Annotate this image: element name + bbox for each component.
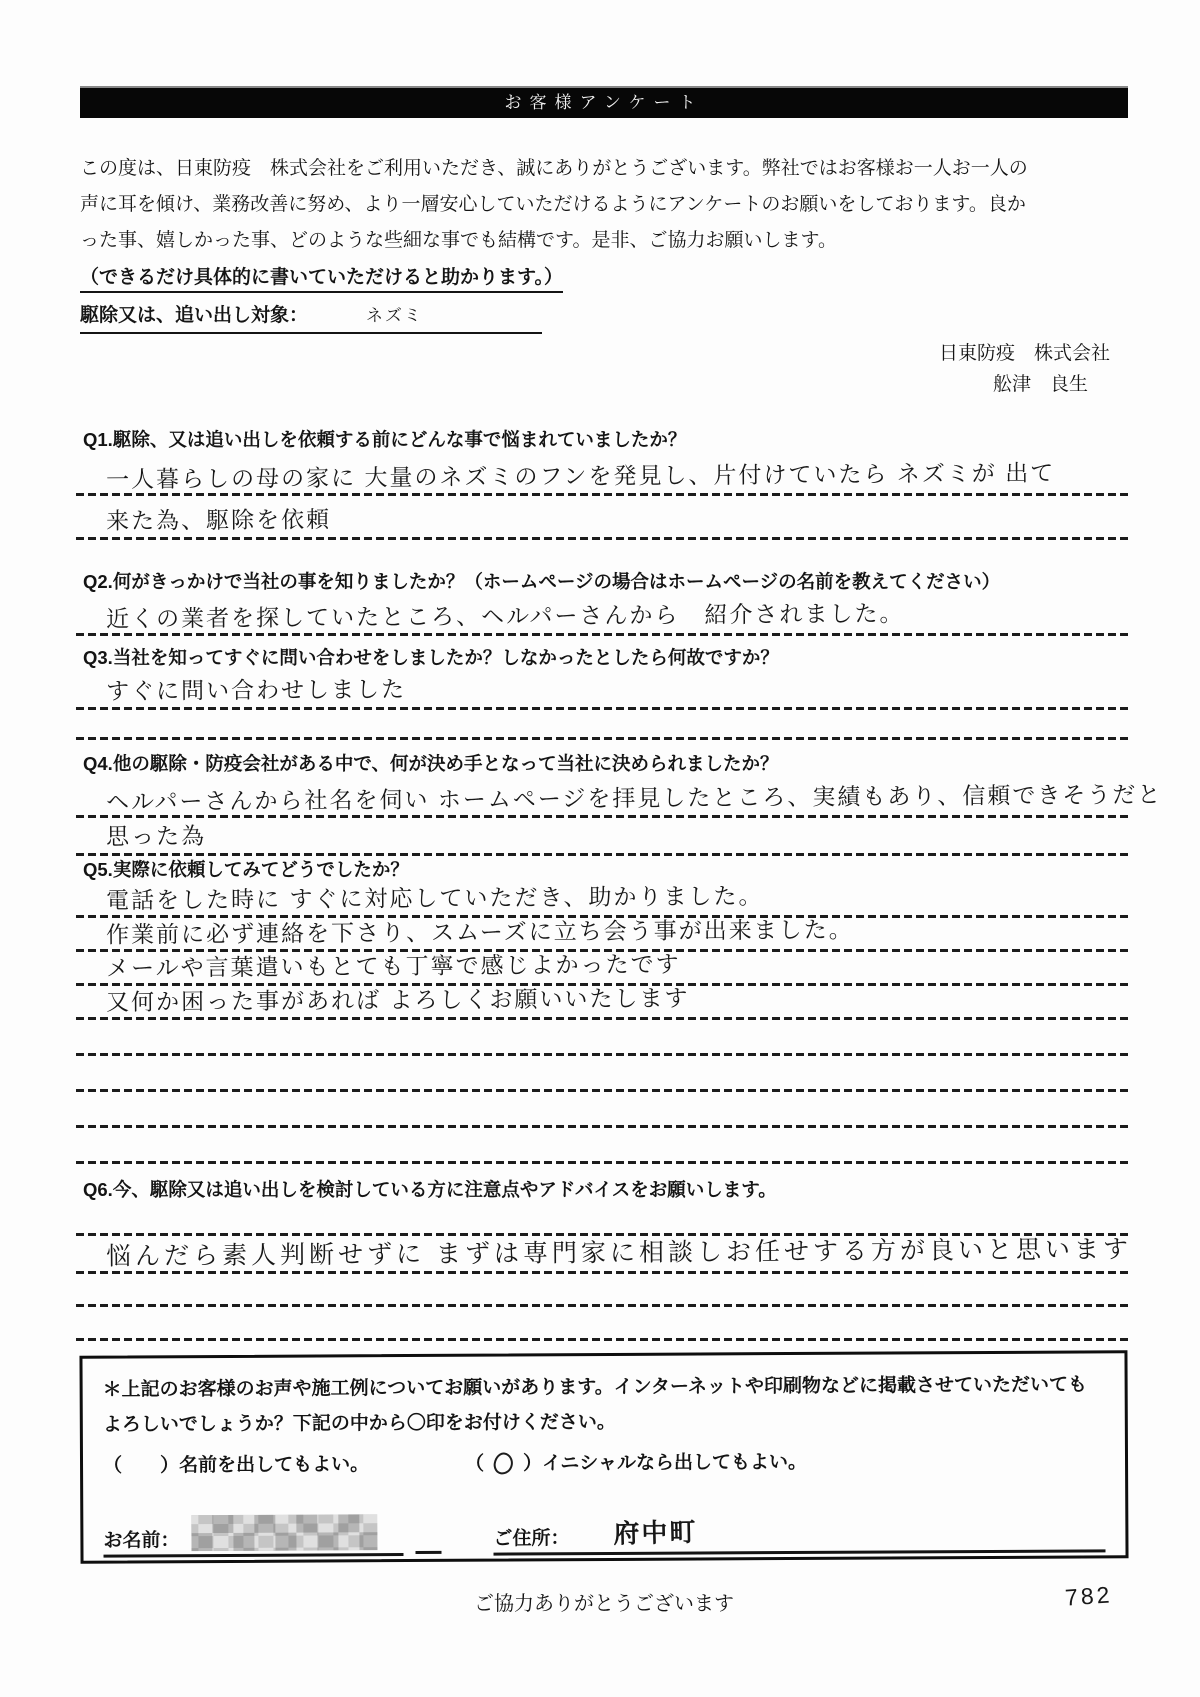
answer-line: 又何か困った事があれば よろしくお願いいたします <box>80 986 1128 1020</box>
handwritten-answer: メールや言葉遣いもとても丁寧で感じよかったです <box>106 946 681 983</box>
answer-line-empty <box>80 1128 1128 1164</box>
handwritten-answer: 一人暮らしの母の家に 大量のネズミのフンを発見し、片付けていたら ネズミが 出て <box>106 455 1055 495</box>
handwritten-answer: 来た為、駆除を依頼 <box>106 501 331 536</box>
consent-box: ＊上記のお客様のお声や施工例についてお願いがあります。インターネットや印刷物など… <box>79 1350 1128 1563</box>
answer-line-empty <box>80 1020 1128 1056</box>
answer-line: 一人暮らしの母の家に 大量のネズミのフンを発見し、片付けていたら ネズミが 出て <box>80 454 1128 496</box>
consent-option-initial: （ ）イニシャルなら出してもよい。 <box>465 1447 807 1476</box>
intro-paragraph: この度は、日東防疫 株式会社をご利用いただき、誠にありがとうございます。弊社では… <box>80 151 1128 293</box>
consent-option-name: （ ）名前を出してもよい。 <box>103 1449 369 1477</box>
question-text: Q6.今、駆除又は追い出しを検討している方に注意点やアドバイスをお願いします。 <box>83 1176 1128 1204</box>
page-number-handwritten: 782 <box>1064 1581 1113 1611</box>
handwritten-answer: 悩んだら素人判断せずに まずは専門家に相談しお任せする方が良いと思います <box>106 1229 1132 1272</box>
question-text: Q3.当社を知ってすぐに問い合わせをしましたか？しなかったとしたら何故ですか？ <box>83 644 1128 672</box>
target-label: 駆除又は、追い出し対象： <box>80 305 308 326</box>
handwritten-answer: 思った為 <box>106 818 206 852</box>
answer-line-empty <box>80 1274 1128 1307</box>
answer-line-empty <box>80 710 1128 740</box>
handwritten-answer: 作業前に必ず連絡を下さり、スムーズに立ち会う事が出来ました。 <box>106 911 854 949</box>
answer-line: 来た為、駆除を依頼 <box>80 496 1128 540</box>
underline-tick <box>415 1551 441 1554</box>
thanks-text: ご協力ありがとうございます <box>474 1593 734 1615</box>
question-block-q3: Q3.当社を知ってすぐに問い合わせをしましたか？しなかったとしたら何故ですか？ … <box>80 644 1128 710</box>
footer: ご協力ありがとうございます 782 <box>80 1587 1128 1616</box>
answer-line: 思った為 <box>80 818 1128 856</box>
intro-line: 声に耳を傾け、業務改善に努め、より一層安心していただけるようにアンケートのお願い… <box>80 187 1128 223</box>
name-label: お名前： <box>103 1525 179 1552</box>
intro-line: この度は、日東防疫 株式会社をご利用いただき、誠にありがとうございます。弊社では… <box>80 151 1128 187</box>
specific-note: （できるだけ具体的に書いていただけると助かります。） <box>80 262 563 293</box>
document-title: お客様アンケート <box>505 93 704 112</box>
handwritten-answer: 電話をした時に すぐに対応していただき、助かりました。 <box>106 878 764 916</box>
name-field: お名前： <box>103 1514 403 1558</box>
question-block-q5: Q5.実際に依頼してみてどうでしたか？ 電話をした時に すぐに対応していただき、… <box>80 856 1128 1020</box>
handwritten-answer: 近くの業者を探していたところ、ヘルパーさんから 紹介されました。 <box>106 595 905 634</box>
consent-fields: お名前： ご住所： 府中町 <box>103 1510 1105 1557</box>
paren-open: （ <box>465 1449 484 1476</box>
question-text: Q2.何がきっかけで当社の事を知りましたか？（ホームページの場合はホームページの… <box>83 568 1128 596</box>
paren-close-and-label: ）イニシャルなら出してもよい。 <box>523 1447 807 1475</box>
answer-line: すぐに問い合わせしました <box>80 672 1128 710</box>
consent-options: （ ）名前を出してもよい。 （ ）イニシャルなら出してもよい。 <box>103 1445 1105 1477</box>
staff-name: 舩津 良生 <box>80 369 1128 400</box>
document-title-bar: お客様アンケート <box>80 88 1128 118</box>
question-text: Q4.他の駆除・防疫会社がある中で、何が決め手となって当社に決められましたか？ <box>83 750 1128 778</box>
answer-line-empty <box>80 1056 1128 1092</box>
target-field: 駆除又は、追い出し対象：ネズミ <box>80 300 542 334</box>
question-block-q1: Q1.駆除、又は追い出しを依頼する前にどんな事で悩まれていましたか？ 一人暮らし… <box>80 426 1128 540</box>
target-value-handwritten: ネズミ <box>366 301 423 326</box>
handwritten-answer: 又何か困った事があれば よろしくお願いいたします <box>106 980 690 1017</box>
handwritten-answer: すぐに問い合わせしました <box>106 671 406 706</box>
address-label: ご住所： <box>493 1523 569 1550</box>
answer-line-empty <box>80 1092 1128 1128</box>
handwritten-answer: ヘルパーさんから社名を伺い ホームページを拝見したところ、実績もあり、信頼できそ… <box>106 776 1163 816</box>
address-field: ご住所： 府中町 <box>493 1510 1105 1555</box>
company-name: 日東防疫 株式会社 <box>80 338 1128 369</box>
survey-document: お客様アンケート この度は、日東防疫 株式会社をご利用いただき、誠にありがとうご… <box>0 0 1200 1697</box>
intro-line: った事、嬉しかった事、どのような些細な事でも結構です。是非、ご協力お願いします。 <box>80 223 1128 259</box>
answer-line: 悩んだら素人判断せずに まずは専門家に相談しお任せする方が良いと思います <box>80 1236 1128 1274</box>
consent-text: ＊上記のお客様のお声や施工例についてお願いがあります。インターネットや印刷物など… <box>103 1367 1105 1442</box>
address-value-handwritten: 府中町 <box>613 1512 698 1551</box>
question-block-q4: Q4.他の駆除・防疫会社がある中で、何が決め手となって当社に決められましたか？ … <box>80 750 1128 856</box>
blank-lines <box>80 1020 1128 1164</box>
question-block-q6: Q6.今、駆除又は追い出しを検討している方に注意点やアドバイスをお願いします。 … <box>80 1176 1128 1341</box>
handwritten-circle-mark <box>492 1451 514 1476</box>
question-block-q2: Q2.何がきっかけで当社の事を知りましたか？（ホームページの場合はホームページの… <box>80 568 1128 636</box>
answer-line-empty <box>80 1307 1128 1341</box>
redacted-name <box>191 1514 377 1551</box>
answer-line: 近くの業者を探していたところ、ヘルパーさんから 紹介されました。 <box>80 596 1128 636</box>
answer-line: ヘルパーさんから社名を伺い ホームページを拝見したところ、実績もあり、信頼できそ… <box>80 778 1128 818</box>
question-text: Q1.駆除、又は追い出しを依頼する前にどんな事で悩まれていましたか？ <box>83 426 1128 454</box>
